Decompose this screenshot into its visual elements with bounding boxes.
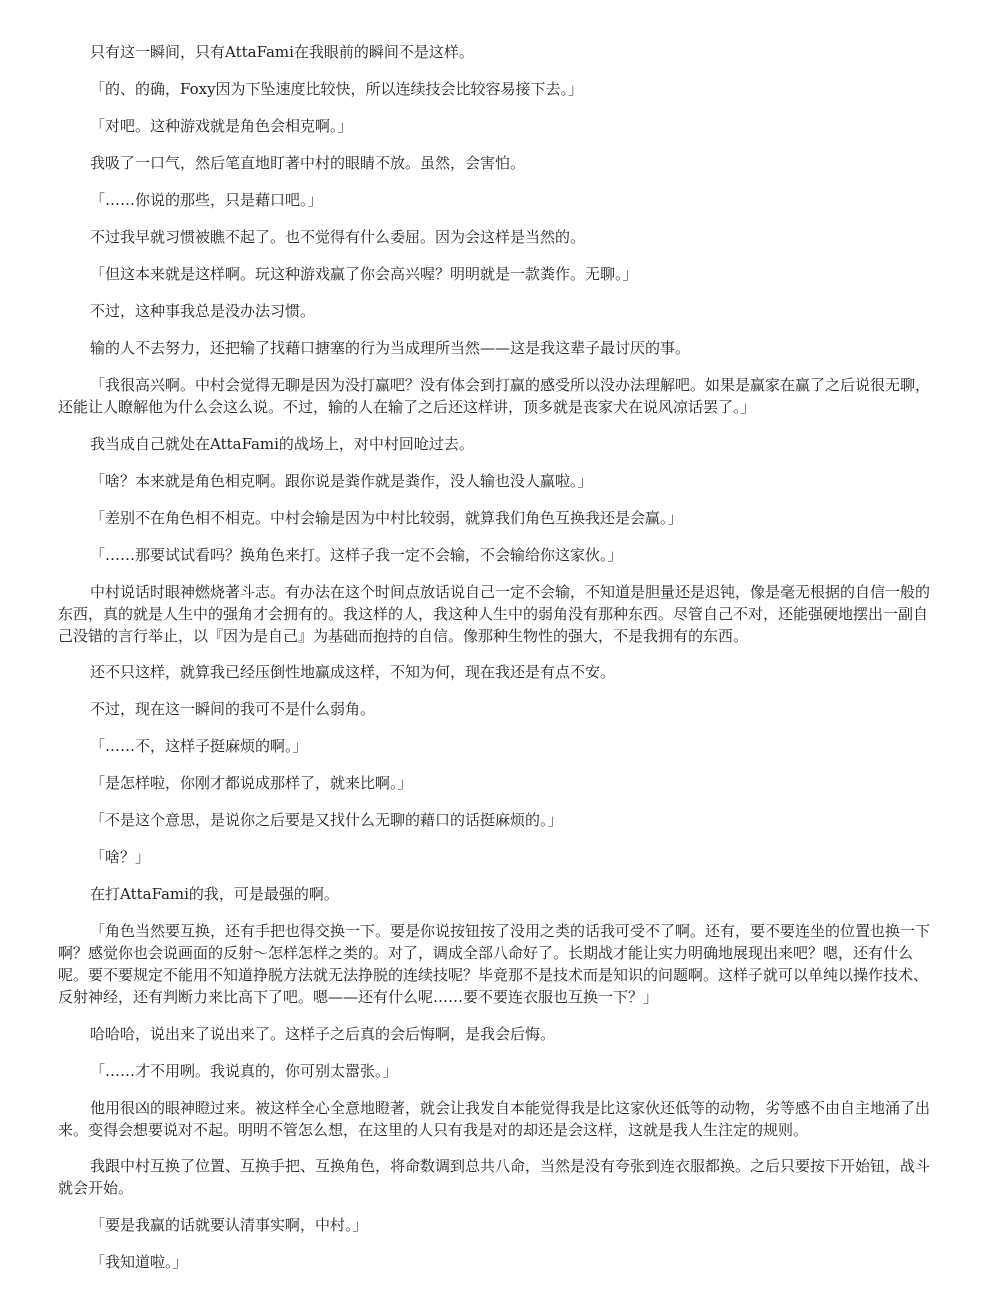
paragraph: 在打AttaFami的我，可是最强的啊。 [58, 883, 938, 905]
paragraph: 不过，这种事我总是没办法习惯。 [58, 300, 938, 322]
paragraph: 输的人不去努力，还把输了找藉口搪塞的行为当成理所当然——这是我这辈子最讨厌的事。 [58, 337, 938, 359]
paragraph: 「是怎样啦，你刚才都说成那样了，就来比啊。」 [58, 772, 938, 794]
paragraph: 我当成自己就处在AttaFami的战场上，对中村回呛过去。 [58, 433, 938, 455]
paragraph: 「……那要试试看吗？换角色来打。这样子我一定不会输，不会输给你这家伙。」 [58, 544, 938, 566]
paragraph: 中村说话时眼神燃烧著斗志。有办法在这个时间点放话说自己一定不会输，不知道是胆量还… [58, 581, 938, 647]
paragraph: 「……才不用咧。我说真的，你可别太嚣张。」 [58, 1060, 938, 1082]
paragraph: 「要是我赢的话就要认清事实啊，中村。」 [58, 1214, 938, 1236]
paragraph: 「我知道啦。」 [58, 1251, 938, 1273]
paragraph: 「……不，这样子挺麻烦的啊。」 [58, 735, 938, 757]
paragraph: 我跟中村互换了位置、互换手把、互换角色，将命数调到总共八命，当然是没有夸张到连衣… [58, 1155, 938, 1199]
paragraph: 我吸了一口气，然后笔直地盯著中村的眼睛不放。虽然，会害怕。 [58, 152, 938, 174]
paragraph: 「啥？本来就是角色相克啊。跟你说是粪作就是粪作，没人输也没人赢啦。」 [58, 470, 938, 492]
paragraph: 「啥？」 [58, 846, 938, 868]
paragraph: 不过，现在这一瞬间的我可不是什么弱角。 [58, 698, 938, 720]
paragraph: 哈哈哈，说出来了说出来了。这样子之后真的会后悔啊，是我会后悔。 [58, 1023, 938, 1045]
paragraph: 「我很高兴啊。中村会觉得无聊是因为没打赢吧？没有体会到打赢的感受所以没办法理解吧… [58, 374, 938, 418]
paragraph: 「的、的确，Foxy因为下坠速度比较快，所以连续技会比较容易接下去。」 [58, 78, 938, 100]
document-page: 只有这一瞬间，只有AttaFami在我眼前的瞬间不是这样。 「的、的确，Foxy… [58, 41, 938, 1288]
paragraph: 「……你说的那些，只是藉口吧。」 [58, 189, 938, 211]
paragraph: 「但这本来就是这样啊。玩这种游戏赢了你会高兴喔？明明就是一款粪作。无聊。」 [58, 263, 938, 285]
paragraph: 只有这一瞬间，只有AttaFami在我眼前的瞬间不是这样。 [58, 41, 938, 63]
paragraph: 「不是这个意思，是说你之后要是又找什么无聊的藉口的话挺麻烦的。」 [58, 809, 938, 831]
paragraph: 还不只这样，就算我已经压倒性地赢成这样，不知为何，现在我还是有点不安。 [58, 661, 938, 683]
paragraph: 「差别不在角色相不相克。中村会输是因为中村比较弱，就算我们角色互换我还是会赢。」 [58, 507, 938, 529]
paragraph: 不过我早就习惯被瞧不起了。也不觉得有什么委屈。因为会这样是当然的。 [58, 226, 938, 248]
paragraph: 「对吧。这种游戏就是角色会相克啊。」 [58, 115, 938, 137]
paragraph: 他用很凶的眼神瞪过来。被这样全心全意地瞪著，就会让我发自本能觉得我是比这家伙还低… [58, 1097, 938, 1141]
paragraph: 「角色当然要互换，还有手把也得交换一下。要是你说按钮按了没用之类的话我可受不了啊… [58, 920, 938, 1008]
